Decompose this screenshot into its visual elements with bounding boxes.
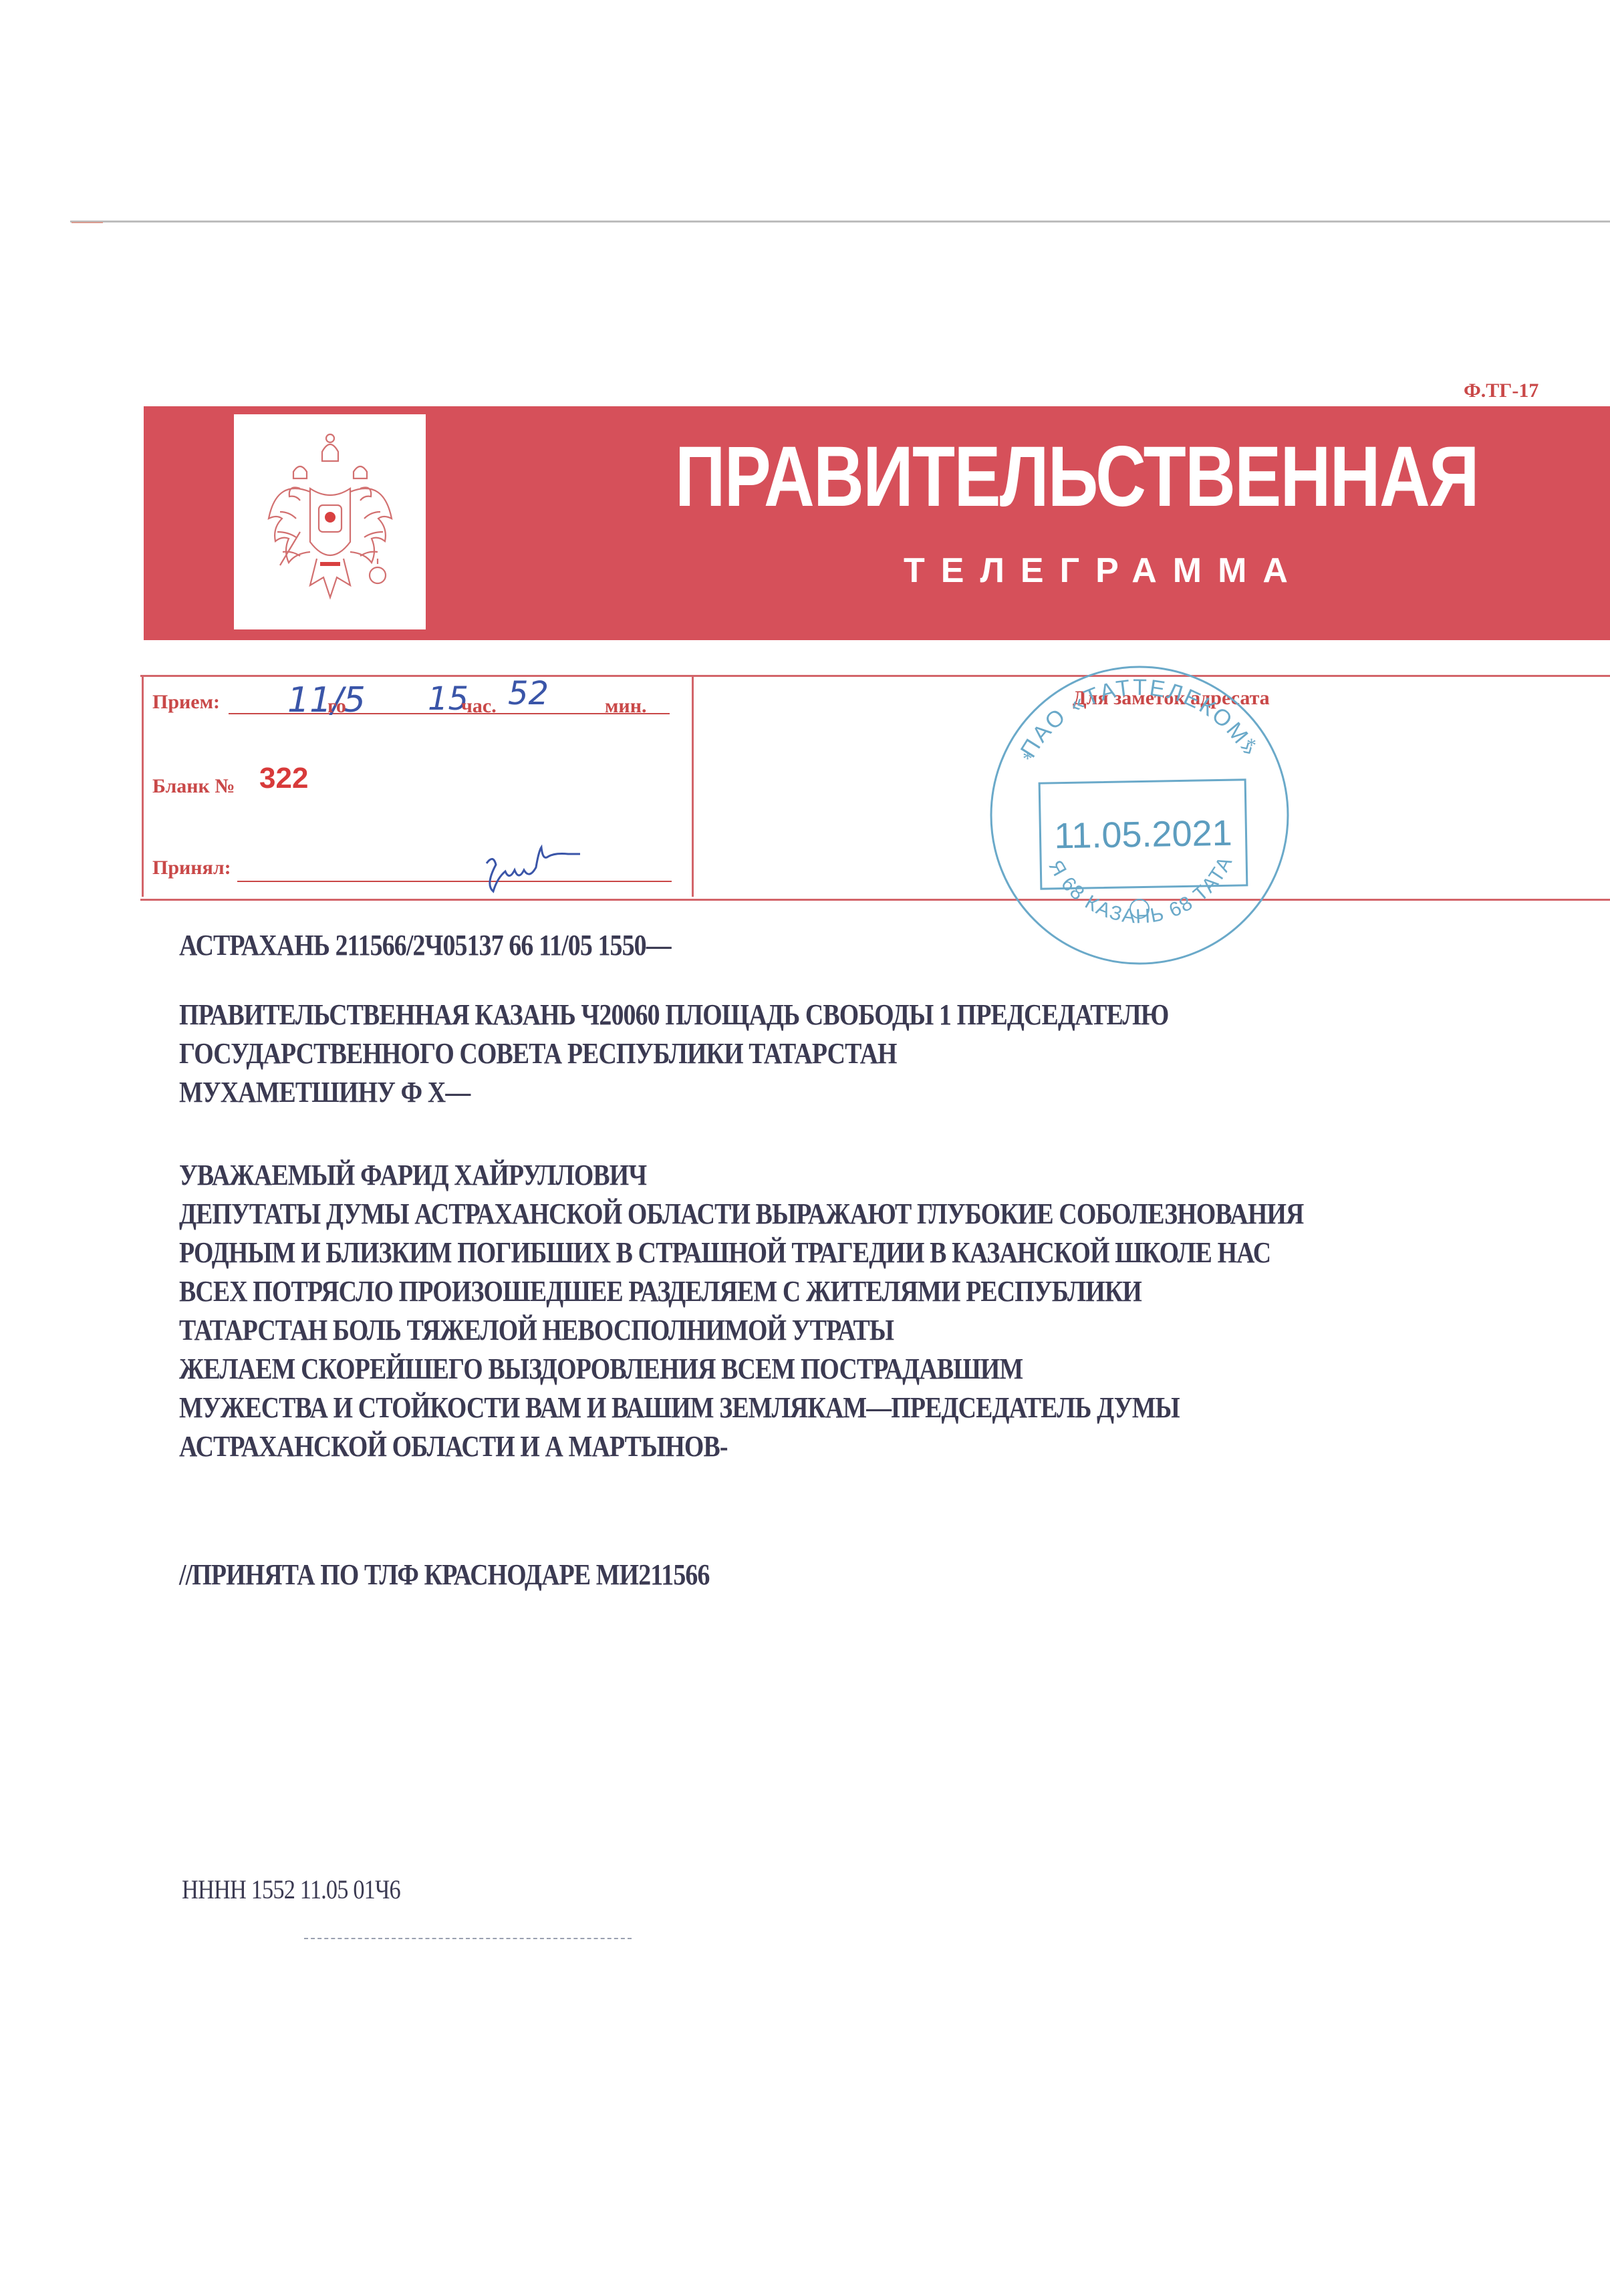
form-bottom-rule — [140, 899, 1610, 901]
top-rule-accent — [72, 222, 103, 223]
blank-number: 322 — [259, 762, 308, 795]
address-line: МУХАМЕТШИНУ Ф Х— — [179, 1078, 470, 1107]
blank-label: Бланк № — [152, 775, 235, 798]
priem-day-value: 11/5 — [287, 680, 366, 720]
body-line: ЖЕЛАЕМ СКОРЕЙШЕГО ВЫЗДОРОВЛЕНИЯ ВСЕМ ПОС… — [179, 1354, 1023, 1384]
priem-label: Прием: — [152, 691, 220, 714]
body-line: ВСЕХ ПОТРЯСЛО ПРОИЗОШЕДШЕЕ РАЗДЕЛЯЕМ С Ж… — [179, 1277, 1142, 1306]
priem-minute-value: 52 — [508, 675, 549, 712]
russian-coat-of-arms-icon — [253, 425, 407, 619]
body-line: УВАЖАЕМЫЙ ФАРИД ХАЙРУЛЛОВИЧ — [179, 1161, 646, 1190]
service-line: АСТРАХАНЬ 211566/2Ч05137 66 11/05 1550— — [179, 931, 671, 960]
svg-text:*: * — [1023, 748, 1033, 770]
body-line: ДЕПУТАТЫ ДУМЫ АСТРАХАНСКОЙ ОБЛАСТИ ВЫРАЖ… — [179, 1199, 1303, 1229]
address-line: ГОСУДАРСТВЕННОГО СОВЕТА РЕСПУБЛИКИ ТАТАР… — [179, 1039, 897, 1068]
transmission-note: //ПРИНЯТА ПО ТЛФ КРАСНОДАРЕ МИ211566 — [179, 1560, 710, 1590]
body-line: АСТРАХАНСКОЙ ОБЛАСТИ И А МАРТЫНОВ- — [179, 1432, 728, 1461]
svg-text:*: * — [1246, 734, 1256, 756]
dashed-rule — [304, 1938, 632, 1939]
footer-line: НННН 1552 11.05 01Ч6 — [182, 1876, 400, 1903]
banner-title: ПРАВИТЕЛЬСТВЕННАЯ — [675, 434, 1478, 520]
body-line: МУЖЕСТВА И СТОЙКОСТИ ВАМ И ВАШИМ ЗЕМЛЯКА… — [179, 1393, 1180, 1423]
body-line: РОДНЫМ И БЛИЗКИМ ПОГИБШИХ В СТРАШНОЙ ТРА… — [179, 1238, 1270, 1268]
day-suffix-label: го — [327, 695, 346, 718]
accepted-label: Принял: — [152, 857, 231, 879]
svg-text:ПАО «ТАТТЕЛЕКОМ»: ПАО «ТАТТЕЛЕКОМ» — [1016, 675, 1264, 762]
body-line: ТАТАРСТАН БОЛЬ ТЯЖЕЛОЙ НЕВОСПОЛНИМОЙ УТР… — [179, 1316, 894, 1345]
top-rule — [70, 221, 1610, 223]
banner-subtitle: ТЕЛЕГРАММА — [904, 553, 1304, 588]
signature-icon — [481, 843, 628, 897]
form-code: Ф.ТГ-17 — [1464, 380, 1538, 402]
stamp-date: 11.05.2021 — [1039, 778, 1248, 889]
address-line: ПРАВИТЕЛЬСТВЕННАЯ КАЗАНЬ Ч20060 ПЛОЩАДЬ … — [179, 1000, 1169, 1030]
emblem-panel — [234, 414, 426, 629]
hour-label: час. — [461, 695, 497, 718]
minute-label: мин. — [605, 695, 647, 718]
